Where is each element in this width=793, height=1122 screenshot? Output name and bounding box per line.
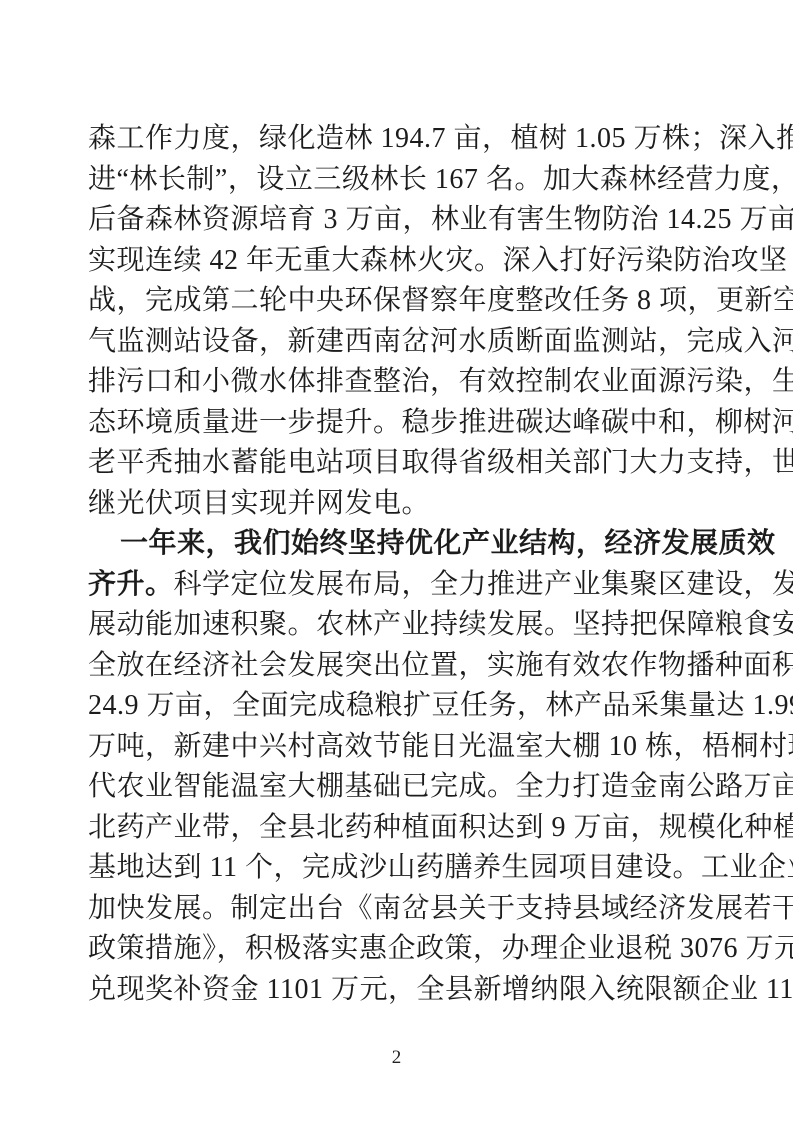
text-line: 森工作力度，绿化造林 194.7 亩，植树 1.05 万株；深入推 bbox=[88, 119, 708, 160]
text-line: 排污口和小微水体排查整治，有效控制农业面源污染，生 bbox=[88, 362, 708, 403]
body-text: 森工作力度，绿化造林 194.7 亩，植树 1.05 万株；深入推 进“林长制”… bbox=[88, 119, 708, 1010]
text-line: 政策措施》，积极落实惠企政策，办理企业退税 3076 万元， bbox=[88, 929, 708, 970]
text-line: 全放在经济社会发展突出位置，实施有效农作物播种面积 bbox=[88, 646, 708, 687]
line-text: 科学定位发展布局，全力推进产业集聚区建设，发 bbox=[174, 569, 793, 600]
text-line: 加快发展。制定出台《南岔县关于支持县域经济发展若干 bbox=[88, 889, 708, 930]
text-line-paragraph-start: 一年来，我们始终坚持优化产业结构，经济发展质效 bbox=[88, 524, 708, 565]
text-line: 进“林长制”，设立三级林长 167 名。加大森林经营力度， bbox=[88, 160, 708, 201]
text-line: 24.9 万亩，全面完成稳粮扩豆任务，林产品采集量达 1.99 bbox=[88, 686, 708, 727]
line-text: 老平秃抽水蓄能电站项目取得省级相关部门大力支持，世 bbox=[88, 447, 793, 478]
line-text: 继光伏项目实现并网发电。 bbox=[88, 488, 430, 519]
emphasis-text: 齐升。 bbox=[88, 569, 174, 600]
text-line: 实现连续 42 年无重大森林火灾。深入打好污染防治攻坚 bbox=[88, 241, 708, 282]
text-line: 万吨，新建中兴村高效节能日光温室大棚 10 栋，梧桐村现 bbox=[88, 727, 708, 768]
text-line: 后备森林资源培育 3 万亩，林业有害生物防治 14.25 万亩， bbox=[88, 200, 708, 241]
line-text: 战，完成第二轮中央环保督察年度整改任务 8 项，更新空 bbox=[88, 285, 793, 316]
line-text: 代农业智能温室大棚基础已完成。全力打造金南公路万亩 bbox=[88, 771, 793, 802]
text-line: 态环境质量进一步提升。稳步推进碳达峰碳中和，柳树河、 bbox=[88, 403, 708, 444]
line-text: 万吨，新建中兴村高效节能日光温室大棚 10 栋，梧桐村现 bbox=[88, 731, 793, 762]
text-line: 基地达到 11 个，完成沙山药膳养生园项目建设。工业企业 bbox=[88, 848, 708, 889]
page-number: 2 bbox=[0, 1044, 793, 1072]
line-text: 森工作力度，绿化造林 194.7 亩，植树 1.05 万株；深入推 bbox=[88, 123, 793, 154]
line-text: 实现连续 42 年无重大森林火灾。深入打好污染防治攻坚 bbox=[88, 245, 788, 276]
document-page: 森工作力度，绿化造林 194.7 亩，植树 1.05 万株；深入推 进“林长制”… bbox=[0, 0, 793, 1122]
line-text: 北药产业带，全县北药种植面积达到 9 万亩，规模化种植 bbox=[88, 812, 793, 843]
text-line: 兑现奖补资金 1101 万元，全县新增纳限入统限额企业 11 bbox=[88, 970, 708, 1011]
line-text: 兑现奖补资金 1101 万元，全县新增纳限入统限额企业 11 bbox=[88, 974, 793, 1005]
text-line: 齐升。科学定位发展布局，全力推进产业集聚区建设，发 bbox=[88, 565, 708, 606]
line-text: 后备森林资源培育 3 万亩，林业有害生物防治 14.25 万亩， bbox=[88, 204, 793, 235]
line-text: 展动能加速积聚。农林产业持续发展。坚持把保障粮食安 bbox=[88, 609, 793, 640]
line-text: 基地达到 11 个，完成沙山药膳养生园项目建设。工业企业 bbox=[88, 852, 793, 883]
text-line: 气监测站设备，新建西南岔河水质断面监测站，完成入河 bbox=[88, 322, 708, 363]
text-line: 代农业智能温室大棚基础已完成。全力打造金南公路万亩 bbox=[88, 767, 708, 808]
text-line: 战，完成第二轮中央环保督察年度整改任务 8 项，更新空 bbox=[88, 281, 708, 322]
line-text: 全放在经济社会发展突出位置，实施有效农作物播种面积 bbox=[88, 650, 793, 681]
text-line: 老平秃抽水蓄能电站项目取得省级相关部门大力支持，世 bbox=[88, 443, 708, 484]
line-text: 加快发展。制定出台《南岔县关于支持县域经济发展若干 bbox=[88, 893, 793, 924]
line-text: 态环境质量进一步提升。稳步推进碳达峰碳中和，柳树河、 bbox=[88, 407, 793, 438]
text-line: 展动能加速积聚。农林产业持续发展。坚持把保障粮食安 bbox=[88, 605, 708, 646]
line-text: 排污口和小微水体排查整治，有效控制农业面源污染，生 bbox=[88, 366, 793, 397]
line-text: 24.9 万亩，全面完成稳粮扩豆任务，林产品采集量达 1.99 bbox=[88, 690, 793, 721]
line-text: 气监测站设备，新建西南岔河水质断面监测站，完成入河 bbox=[88, 326, 793, 357]
line-text: 进“林长制”，设立三级林长 167 名。加大森林经营力度， bbox=[88, 164, 793, 195]
text-line-paragraph-end: 继光伏项目实现并网发电。 bbox=[88, 484, 708, 525]
text-line: 北药产业带，全县北药种植面积达到 9 万亩，规模化种植 bbox=[88, 808, 708, 849]
line-text: 政策措施》，积极落实惠企政策，办理企业退税 3076 万元， bbox=[88, 933, 793, 964]
emphasis-text: 一年来，我们始终坚持优化产业结构，经济发展质效 bbox=[120, 528, 776, 559]
